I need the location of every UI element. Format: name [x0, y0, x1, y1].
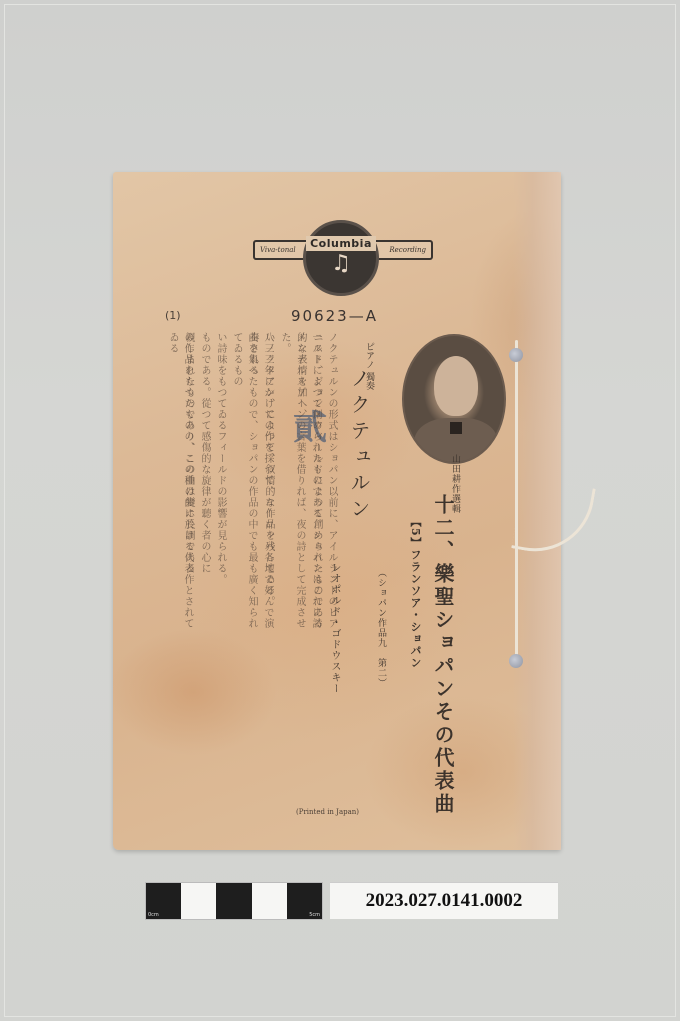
scale-segment	[216, 883, 251, 919]
logo-circle: Columbia ♫	[303, 220, 379, 296]
eyelet-top	[509, 348, 523, 362]
binding-string	[515, 340, 518, 658]
accession-label: 2023.027.0141.0002	[330, 882, 558, 919]
eyelet-bottom	[509, 654, 523, 668]
scale-start-label: 0cm	[148, 912, 159, 918]
scale-segment	[252, 883, 287, 919]
body-text-column: 曲を集へたもので、ショパンの作品の中でも最も廣く知られてゐるもの	[229, 332, 259, 632]
record-leaflet: Viva-tonal Recording Columbia ♫ (1) 9062…	[113, 172, 561, 850]
composer-note: （ショパン作品九 第二）	[375, 568, 388, 688]
banner-left-text: Viva-tonal	[260, 246, 296, 254]
body-text-column: い詩味をもつてゐるフィールドの影響が見られる。	[213, 332, 228, 632]
printed-in-japan: (Printed in Japan)	[296, 808, 359, 816]
banner-right-text: Recording	[389, 246, 426, 254]
series-title: 十二、樂聖ショパンその代表曲	[429, 494, 458, 816]
body-text-column: メンデルスゾーンの言葉を借りれば、夜の詩として完成させた。	[277, 332, 307, 632]
body-text-column: ものである。從つて感傷的な旋律が聽く者の心に	[197, 332, 212, 632]
music-note-icon: ♫	[331, 251, 351, 277]
composer-name: 【5】フランソア・ショパン	[407, 516, 423, 669]
composer-portrait	[402, 334, 506, 464]
scale-segment: 0cm	[146, 883, 181, 919]
scale-end-label: 5cm	[309, 912, 320, 918]
scale-bar: 0cm 5cm	[145, 882, 323, 920]
brand-name: Columbia	[306, 236, 376, 251]
piece-title: ノクテュルン	[345, 368, 374, 524]
scale-segment	[181, 883, 216, 919]
scale-segment: 5cm	[287, 883, 322, 919]
catalog-number: 90623—A	[291, 307, 378, 325]
columbia-logo: Viva-tonal Recording Columbia ♫	[253, 220, 433, 290]
page-number: (1)	[165, 309, 181, 322]
body-text-column: の作品をもつたものの、この種の曲に於ける代表作とされてゐる	[165, 332, 195, 632]
